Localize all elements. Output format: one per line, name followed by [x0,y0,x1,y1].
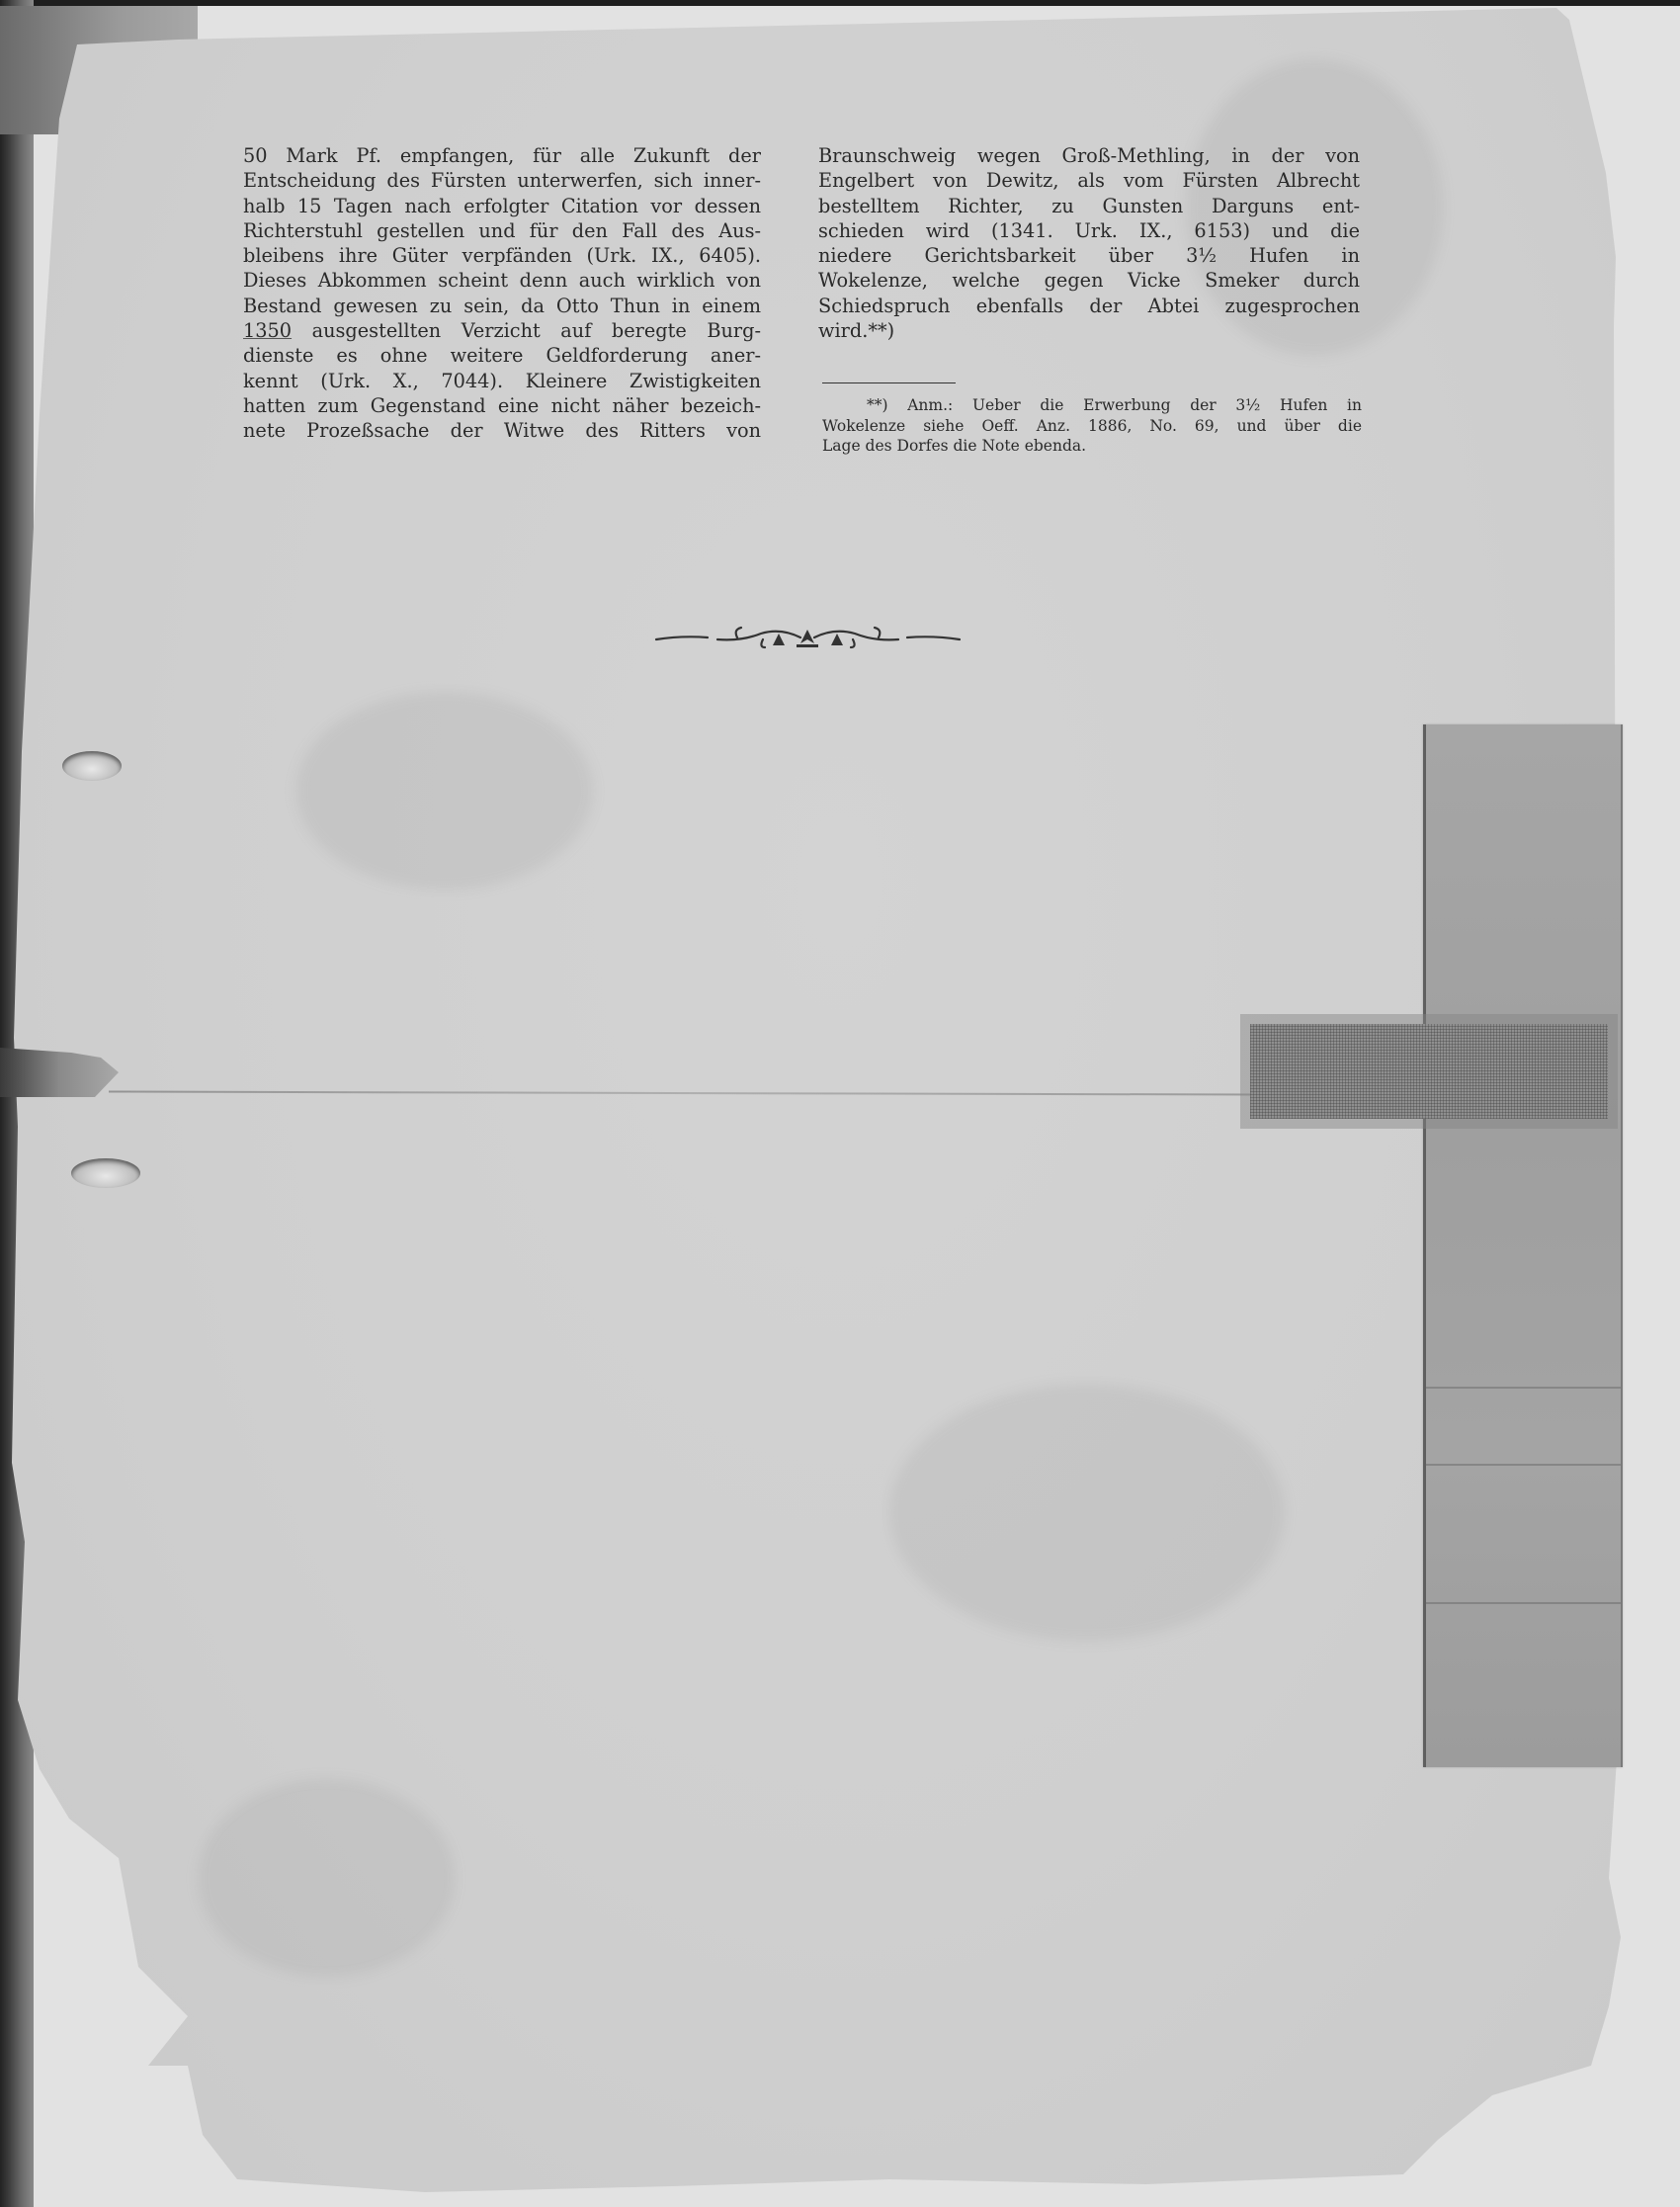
text-line-rest: ausgestellten Verzicht auf beregte Burg- [292,319,761,342]
cloth-tape-patch [1250,1024,1608,1119]
paper-stain [889,1384,1285,1641]
text-column-right: Braunschweig wegen Groß-Methling, in der… [818,143,1360,343]
text-line: Dieses Abkommen scheint denn auch wirkli… [243,268,761,293]
text-line: Entscheidung des Fürsten unterwerfen, si… [243,168,761,193]
text-line: Wokelenze, welche gegen Vicke Smeker dur… [818,268,1360,293]
footnote-line: Wokelenze siehe Oeff. Anz. 1886, No. 69,… [822,416,1362,437]
text-line: Engelbert von Dewitz, als vom Fürsten Al… [818,168,1360,193]
footnote-line: **) Anm.: Ueber die Erwerbung der 3½ Huf… [822,395,1362,416]
text-line: 50 Mark Pf. empfangen, für alle Zukunft … [243,143,761,168]
underlined-year: 1350 [243,319,292,342]
text-line: Braunschweig wegen Groß-Methling, in der… [818,143,1360,168]
text-line: nete Prozeßsache der Witwe des Ritters v… [243,418,761,443]
footnote-line: Lage des Dorfes die Note ebenda. [822,436,1362,457]
punch-hole [71,1158,140,1188]
text-line: hatten zum Gegenstand eine nicht näher b… [243,393,761,418]
text-line: niedere Gerichtsbarkeit über 3½ Hufen in [818,243,1360,268]
footnote-divider [822,382,956,383]
text-line: bestelltem Richter, zu Gunsten Darguns e… [818,194,1360,218]
text-line: wird.**) [818,318,1360,343]
tape-seam [1426,1387,1621,1389]
text-line: Richterstuhl gestellen und für den Fall … [243,218,761,243]
paper-stain [296,692,593,890]
paper-stain [198,1779,455,1977]
tape-seam [1426,1464,1621,1466]
vertical-tape-strip [1423,724,1623,1767]
text-line: dienste es ohne weitere Geldforderung an… [243,343,761,368]
text-line: schieden wird (1341. Urk. IX., 6153) und… [818,218,1360,243]
text-column-left: 50 Mark Pf. empfangen, für alle Zukunft … [243,143,761,444]
tape-seam [1426,1602,1621,1604]
scanner-top-edge [0,0,1680,6]
punch-hole [62,751,122,781]
text-line: Schiedspruch ebenfalls der Abtei zugespr… [818,294,1360,318]
text-line: halb 15 Tagen nach erfolgter Citation vo… [243,194,761,218]
floral-divider-icon [652,618,964,653]
text-line-with-underline: 1350 ausgestellten Verzicht auf beregte … [243,318,761,343]
text-line: Bestand gewesen zu sein, da Otto Thun in… [243,294,761,318]
text-line: bleibens ihre Güter verpfänden (Urk. IX.… [243,243,761,268]
footnote: **) Anm.: Ueber die Erwerbung der 3½ Huf… [822,395,1362,457]
text-line: kennt (Urk. X., 7044). Kleinere Zwistigk… [243,369,761,393]
